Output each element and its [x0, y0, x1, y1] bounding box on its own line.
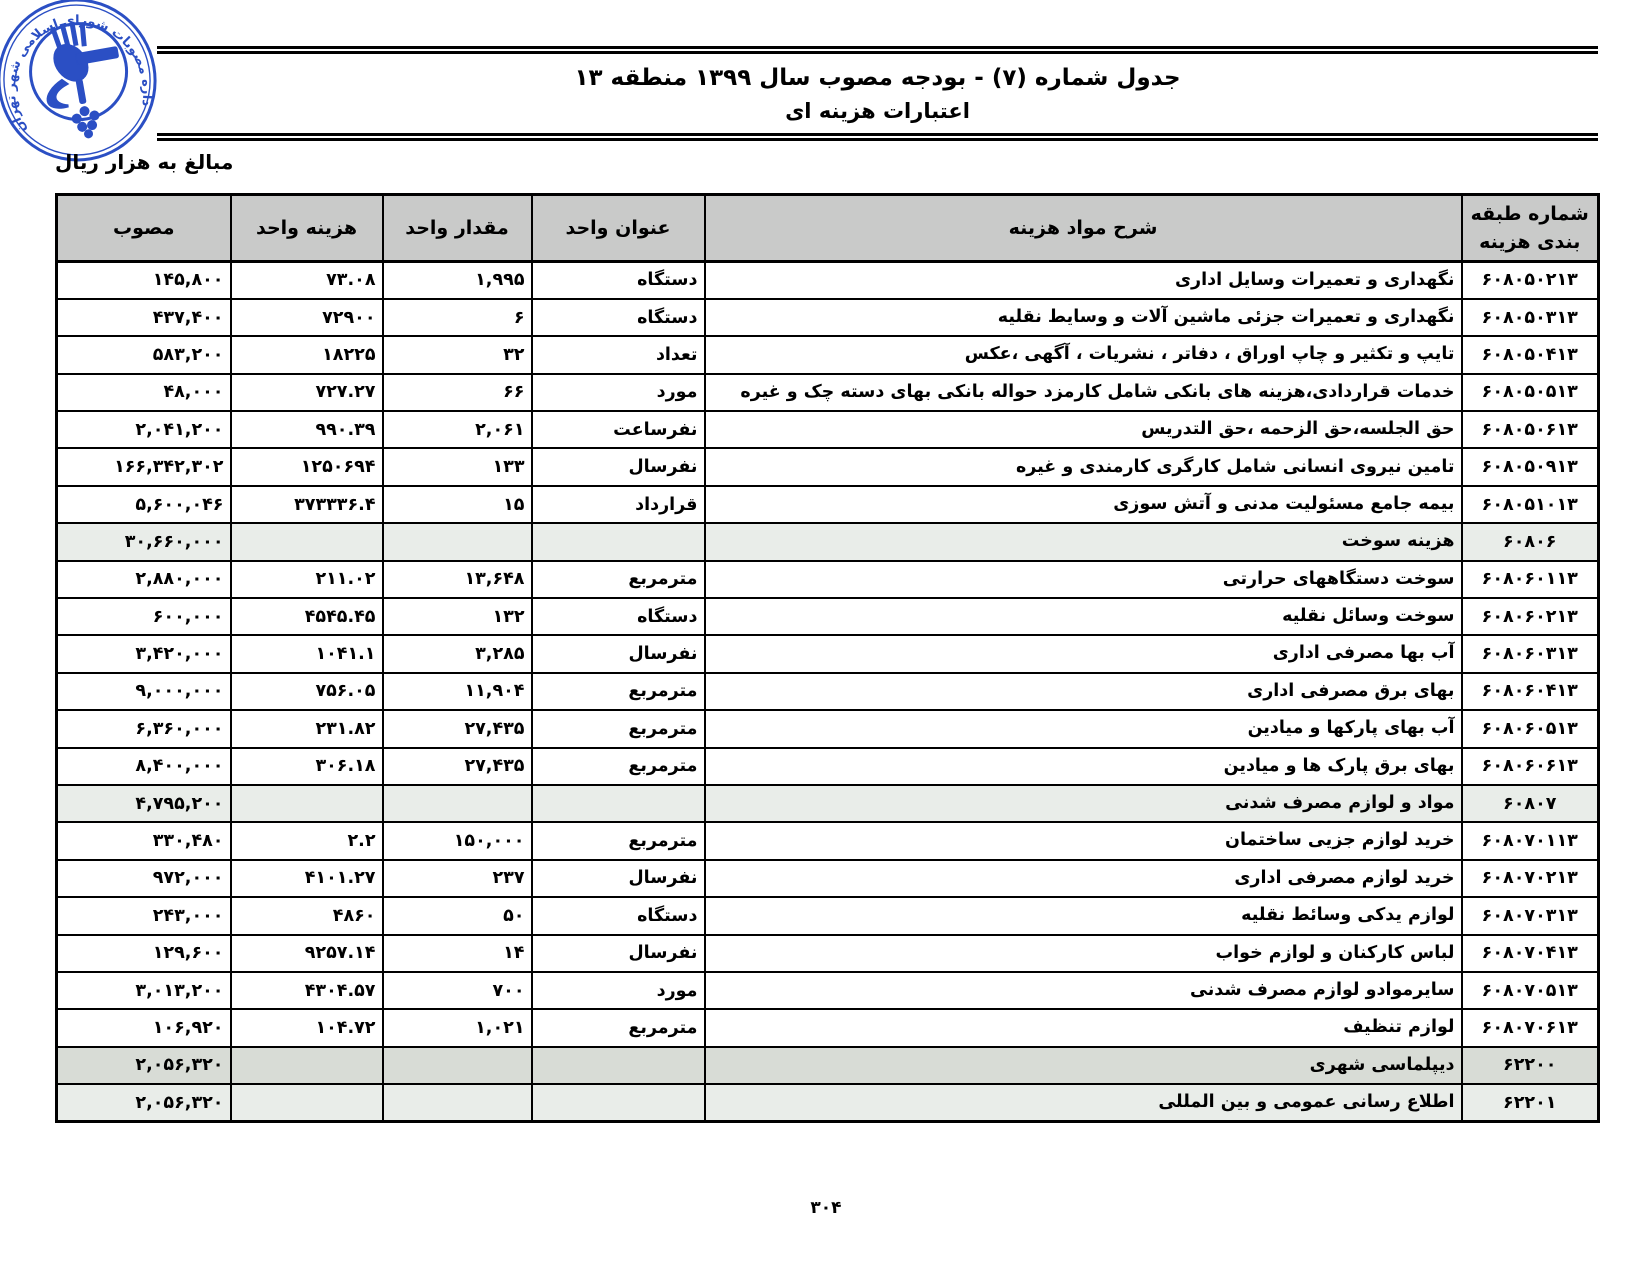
unit-cost-cell: ۲۳۱.۸۲ — [231, 710, 383, 747]
table-row: ۳۰,۶۶۰,۰۰۰هزینه سوخت۶۰۸۰۶ — [57, 523, 1599, 560]
qty-cell: ۱۳۳ — [383, 448, 532, 485]
unit-cost-cell — [231, 1047, 383, 1084]
desc-cell: سایرموادو لوازم مصرف شدنی — [705, 972, 1462, 1009]
desc-cell: بیمه جامع مسئولیت مدنی و آتش سوزی — [705, 486, 1462, 523]
unit-cost-cell — [231, 785, 383, 822]
unit-cell: تعداد — [532, 336, 705, 373]
approved-cell: ۱۰۶,۹۲۰ — [57, 1009, 231, 1046]
desc-cell: خرید لوازم جزیی ساختمان — [705, 822, 1462, 859]
col-header-desc: شرح مواد هزینه — [705, 195, 1462, 262]
table-row: ۶,۳۶۰,۰۰۰۲۳۱.۸۲۲۷,۴۳۵مترمربعآب بهای پارک… — [57, 710, 1599, 747]
unit-cost-cell — [231, 1084, 383, 1121]
unit-cost-cell: ۱۰۴۱.۱ — [231, 635, 383, 672]
unit-cell — [532, 1084, 705, 1121]
unit-cell: مترمربع — [532, 710, 705, 747]
code-cell: ۶۰۸۰۵۰۹۱۳ — [1462, 448, 1599, 485]
approved-cell: ۴,۷۹۵,۲۰۰ — [57, 785, 231, 822]
unit-cell — [532, 523, 705, 560]
unit-cost-cell: ۴۵۴۵.۴۵ — [231, 598, 383, 635]
desc-cell: نگهداری و تعمیرات جزئی ماشین آلات و وسای… — [705, 299, 1462, 336]
qty-cell: ۲۷,۴۳۵ — [383, 710, 532, 747]
qty-cell — [383, 523, 532, 560]
approved-cell: ۵,۶۰۰,۰۴۶ — [57, 486, 231, 523]
table-row: ۹,۰۰۰,۰۰۰۷۵۶.۰۵۱۱,۹۰۴مترمربعبهای برق مصر… — [57, 673, 1599, 710]
unit-cell: نفرسال — [532, 448, 705, 485]
unit-cost-cell: ۲۱۱.۰۲ — [231, 561, 383, 598]
unit-cell: مترمربع — [532, 673, 705, 710]
unit-cell: دستگاه — [532, 598, 705, 635]
approved-cell: ۲,۰۵۶,۳۲۰ — [57, 1047, 231, 1084]
unit-cost-cell: ۷۲۹۰۰ — [231, 299, 383, 336]
code-cell: ۶۰۸۰۷۰۵۱۳ — [1462, 972, 1599, 1009]
unit-cost-cell: ۴۳۰۴.۵۷ — [231, 972, 383, 1009]
unit-cell — [532, 785, 705, 822]
desc-cell: آب بها مصرفی اداری — [705, 635, 1462, 672]
table-row: ۵,۶۰۰,۰۴۶۳۷۳۳۳۶.۴۱۵قراردادبیمه جامع مسئو… — [57, 486, 1599, 523]
code-cell: ۶۰۸۰۷۰۶۱۳ — [1462, 1009, 1599, 1046]
code-cell: ۶۰۸۰۵۰۲۱۳ — [1462, 262, 1599, 299]
col-header-qty: مقدار واحد — [383, 195, 532, 262]
table-row: ۶۰۰,۰۰۰۴۵۴۵.۴۵۱۳۲دستگاهسوخت وسائل نقلیه۶… — [57, 598, 1599, 635]
approved-cell: ۳,۴۲۰,۰۰۰ — [57, 635, 231, 672]
qty-cell: ۳,۲۸۵ — [383, 635, 532, 672]
col-header-unit-cost: هزینه واحد — [231, 195, 383, 262]
unit-cost-cell: ۳۰۶.۱۸ — [231, 748, 383, 785]
approved-cell: ۴۸,۰۰۰ — [57, 374, 231, 411]
unit-cost-cell: ۴۱۰۱.۲۷ — [231, 860, 383, 897]
desc-cell: اطلاع رسانی عمومی و بین المللی — [705, 1084, 1462, 1121]
qty-cell: ۲۳۷ — [383, 860, 532, 897]
unit-cell: نفرسال — [532, 635, 705, 672]
unit-cost-cell: ۲.۲ — [231, 822, 383, 859]
approved-cell: ۲,۰۴۱,۲۰۰ — [57, 411, 231, 448]
amounts-note: مبالغ به هزار ریال — [55, 150, 233, 174]
desc-cell: بهای برق مصرفی اداری — [705, 673, 1462, 710]
unit-cell: مترمربع — [532, 822, 705, 859]
code-cell: ۶۲۲۰۰ — [1462, 1047, 1599, 1084]
desc-cell: لباس کارکنان و لوازم خواب — [705, 935, 1462, 972]
approved-cell: ۸,۴۰۰,۰۰۰ — [57, 748, 231, 785]
table-row: ۴,۷۹۵,۲۰۰مواد و لوازم مصرف شدنی۶۰۸۰۷ — [57, 785, 1599, 822]
qty-cell: ۱۳,۶۴۸ — [383, 561, 532, 598]
unit-cell: دستگاه — [532, 262, 705, 299]
table-row: ۱۰۶,۹۲۰۱۰۴.۷۲۱,۰۲۱مترمربعلوازم تنظیف۶۰۸۰… — [57, 1009, 1599, 1046]
qty-cell — [383, 785, 532, 822]
qty-cell: ۲,۰۶۱ — [383, 411, 532, 448]
document-subtitle: اعتبارات هزینه ای — [785, 99, 970, 123]
unit-cost-cell: ۷۲۷.۲۷ — [231, 374, 383, 411]
table-row: ۲,۰۵۶,۳۲۰دیپلماسی شهری۶۲۲۰۰ — [57, 1047, 1599, 1084]
table-row: ۱۲۹,۶۰۰۹۲۵۷.۱۴۱۴نفرساللباس کارکنان و لوا… — [57, 935, 1599, 972]
approved-cell: ۱۲۹,۶۰۰ — [57, 935, 231, 972]
page-number: ۳۰۴ — [55, 1198, 1597, 1218]
table-row: ۳۳۰,۴۸۰۲.۲۱۵۰,۰۰۰مترمربعخرید لوازم جزیی … — [57, 822, 1599, 859]
col-header-unit: عنوان واحد — [532, 195, 705, 262]
table-row: ۵۸۳,۲۰۰۱۸۲۲۵۳۲تعدادتایپ و تکثیر و چاپ او… — [57, 336, 1599, 373]
table-row: ۴۳۷,۴۰۰۷۲۹۰۰۶دستگاهنگهداری و تعمیرات جزئ… — [57, 299, 1599, 336]
unit-cell: قرارداد — [532, 486, 705, 523]
qty-cell: ۱۴ — [383, 935, 532, 972]
unit-cost-cell: ۱۲۵۰۶۹۴ — [231, 448, 383, 485]
unit-cost-cell: ۹۲۵۷.۱۴ — [231, 935, 383, 972]
unit-cell: مورد — [532, 374, 705, 411]
approved-cell: ۱۶۶,۳۴۲,۳۰۲ — [57, 448, 231, 485]
qty-cell — [383, 1047, 532, 1084]
desc-cell: تایپ و تکثیر و چاپ اوراق ، دفاتر ، نشریا… — [705, 336, 1462, 373]
qty-cell: ۶ — [383, 299, 532, 336]
code-cell: ۶۰۸۰۵۰۶۱۳ — [1462, 411, 1599, 448]
qty-cell: ۲۷,۴۳۵ — [383, 748, 532, 785]
code-cell: ۶۰۸۰۷۰۱۱۳ — [1462, 822, 1599, 859]
qty-cell: ۱,۰۲۱ — [383, 1009, 532, 1046]
code-cell: ۶۰۸۰۷۰۳۱۳ — [1462, 897, 1599, 934]
desc-cell: سوخت وسائل نقلیه — [705, 598, 1462, 635]
table-row: ۸,۴۰۰,۰۰۰۳۰۶.۱۸۲۷,۴۳۵مترمربعبهای برق پار… — [57, 748, 1599, 785]
table-row: ۲,۸۸۰,۰۰۰۲۱۱.۰۲۱۳,۶۴۸مترمربعسوخت دستگاهه… — [57, 561, 1599, 598]
unit-cost-cell: ۴۸۶۰ — [231, 897, 383, 934]
table-row: ۱۶۶,۳۴۲,۳۰۲۱۲۵۰۶۹۴۱۳۳نفرسالتامین نیروی ا… — [57, 448, 1599, 485]
table-row: ۳,۴۲۰,۰۰۰۱۰۴۱.۱۳,۲۸۵نفرسالآب بها مصرفی ا… — [57, 635, 1599, 672]
approved-cell: ۱۴۵,۸۰۰ — [57, 262, 231, 299]
table-row: ۲۴۳,۰۰۰۴۸۶۰۵۰دستگاهلوازم یدکی وسائط نقلی… — [57, 897, 1599, 934]
unit-cost-cell: ۱۰۴.۷۲ — [231, 1009, 383, 1046]
qty-cell: ۱۵۰,۰۰۰ — [383, 822, 532, 859]
code-cell: ۶۰۸۰۵۰۵۱۳ — [1462, 374, 1599, 411]
approved-cell: ۶۰۰,۰۰۰ — [57, 598, 231, 635]
approved-cell: ۲,۰۵۶,۳۲۰ — [57, 1084, 231, 1121]
code-cell: ۶۰۸۰۶ — [1462, 523, 1599, 560]
desc-cell: آب بهای پارکها و میادین — [705, 710, 1462, 747]
budget-table: مصوب هزینه واحد مقدار واحد عنوان واحد شر… — [55, 193, 1600, 1123]
unit-cost-cell: ۷۳.۰۸ — [231, 262, 383, 299]
approved-cell: ۲,۸۸۰,۰۰۰ — [57, 561, 231, 598]
title-box: جدول شماره (۷) - بودجه مصوب سال ۱۳۹۹ منط… — [157, 46, 1598, 141]
table-row: ۲,۰۴۱,۲۰۰۹۹۰.۳۹۲,۰۶۱نفرساعتحق الجلسه،حق … — [57, 411, 1599, 448]
code-cell: ۶۰۸۰۷ — [1462, 785, 1599, 822]
unit-cost-cell: ۳۷۳۳۳۶.۴ — [231, 486, 383, 523]
col-header-code: شماره طبقه بندی هزینه — [1462, 195, 1599, 262]
document-title: جدول شماره (۷) - بودجه مصوب سال ۱۳۹۹ منط… — [574, 65, 1180, 91]
desc-cell: لوازم یدکی وسائط نقلیه — [705, 897, 1462, 934]
table-body: ۱۴۵,۸۰۰۷۳.۰۸۱,۹۹۵دستگاهنگهداری و تعمیرات… — [57, 262, 1599, 1122]
unit-cost-cell: ۷۵۶.۰۵ — [231, 673, 383, 710]
qty-cell: ۱,۹۹۵ — [383, 262, 532, 299]
desc-cell: لوازم تنظیف — [705, 1009, 1462, 1046]
qty-cell: ۱۱,۹۰۴ — [383, 673, 532, 710]
code-cell: ۶۰۸۰۵۱۰۱۳ — [1462, 486, 1599, 523]
desc-cell: تامین نیروی انسانی شامل کارگری کارمندی و… — [705, 448, 1462, 485]
code-cell: ۶۰۸۰۷۰۴۱۳ — [1462, 935, 1599, 972]
unit-cost-cell: ۹۹۰.۳۹ — [231, 411, 383, 448]
unit-cost-cell: ۱۸۲۲۵ — [231, 336, 383, 373]
approved-cell: ۳۳۰,۴۸۰ — [57, 822, 231, 859]
unit-cell: مترمربع — [532, 561, 705, 598]
code-cell: ۶۰۸۰۶۰۶۱۳ — [1462, 748, 1599, 785]
desc-cell: دیپلماسی شهری — [705, 1047, 1462, 1084]
approved-cell: ۶,۳۶۰,۰۰۰ — [57, 710, 231, 747]
unit-cell: دستگاه — [532, 299, 705, 336]
table-row: ۹۷۲,۰۰۰۴۱۰۱.۲۷۲۳۷نفرسالخرید لوازم مصرفی … — [57, 860, 1599, 897]
qty-cell: ۵۰ — [383, 897, 532, 934]
qty-cell — [383, 1084, 532, 1121]
desc-cell: هزینه سوخت — [705, 523, 1462, 560]
table-header: مصوب هزینه واحد مقدار واحد عنوان واحد شر… — [57, 195, 1599, 262]
unit-cell — [532, 1047, 705, 1084]
approved-cell: ۲۴۳,۰۰۰ — [57, 897, 231, 934]
code-cell: ۶۰۸۰۵۰۴۱۳ — [1462, 336, 1599, 373]
qty-cell: ۱۵ — [383, 486, 532, 523]
unit-cell: مترمربع — [532, 748, 705, 785]
qty-cell: ۳۲ — [383, 336, 532, 373]
approved-cell: ۹,۰۰۰,۰۰۰ — [57, 673, 231, 710]
unit-cell: مترمربع — [532, 1009, 705, 1046]
code-cell: ۶۰۸۰۵۰۳۱۳ — [1462, 299, 1599, 336]
unit-cell: مورد — [532, 972, 705, 1009]
unit-cost-cell — [231, 523, 383, 560]
desc-cell: خرید لوازم مصرفی اداری — [705, 860, 1462, 897]
qty-cell: ۷۰۰ — [383, 972, 532, 1009]
desc-cell: بهای برق پارک ها و میادین — [705, 748, 1462, 785]
desc-cell: سوخت دستگاههای حرارتی — [705, 561, 1462, 598]
unit-cell: دستگاه — [532, 897, 705, 934]
code-cell: ۶۰۸۰۶۰۳۱۳ — [1462, 635, 1599, 672]
unit-cell: نفرسال — [532, 860, 705, 897]
approved-cell: ۹۷۲,۰۰۰ — [57, 860, 231, 897]
code-cell: ۶۰۸۰۶۰۴۱۳ — [1462, 673, 1599, 710]
code-cell: ۶۰۸۰۶۰۱۱۳ — [1462, 561, 1599, 598]
code-cell: ۶۰۸۰۷۰۲۱۳ — [1462, 860, 1599, 897]
table-row: ۴۸,۰۰۰۷۲۷.۲۷۶۶موردخدمات قراردادی،هزینه ه… — [57, 374, 1599, 411]
table-row: ۱۴۵,۸۰۰۷۳.۰۸۱,۹۹۵دستگاهنگهداری و تعمیرات… — [57, 262, 1599, 299]
code-cell: ۶۰۸۰۶۰۵۱۳ — [1462, 710, 1599, 747]
col-header-approved: مصوب — [57, 195, 231, 262]
unit-cell: نفرسال — [532, 935, 705, 972]
approved-cell: ۳۰,۶۶۰,۰۰۰ — [57, 523, 231, 560]
code-cell: ۶۰۸۰۶۰۲۱۳ — [1462, 598, 1599, 635]
unit-cell: نفرساعت — [532, 411, 705, 448]
table-row: ۳,۰۱۳,۲۰۰۴۳۰۴.۵۷۷۰۰موردسایرموادو لوازم م… — [57, 972, 1599, 1009]
desc-cell: خدمات قراردادی،هزینه های بانکی شامل کارم… — [705, 374, 1462, 411]
qty-cell: ۱۳۲ — [383, 598, 532, 635]
desc-cell: نگهداری و تعمیرات وسایل اداری — [705, 262, 1462, 299]
table-row: ۲,۰۵۶,۳۲۰اطلاع رسانی عمومی و بین المللی۶… — [57, 1084, 1599, 1121]
qty-cell: ۶۶ — [383, 374, 532, 411]
code-cell: ۶۲۲۰۱ — [1462, 1084, 1599, 1121]
approved-cell: ۴۳۷,۴۰۰ — [57, 299, 231, 336]
approved-cell: ۳,۰۱۳,۲۰۰ — [57, 972, 231, 1009]
approved-cell: ۵۸۳,۲۰۰ — [57, 336, 231, 373]
desc-cell: حق الجلسه،حق الزحمه ،حق التدریس — [705, 411, 1462, 448]
desc-cell: مواد و لوازم مصرف شدنی — [705, 785, 1462, 822]
